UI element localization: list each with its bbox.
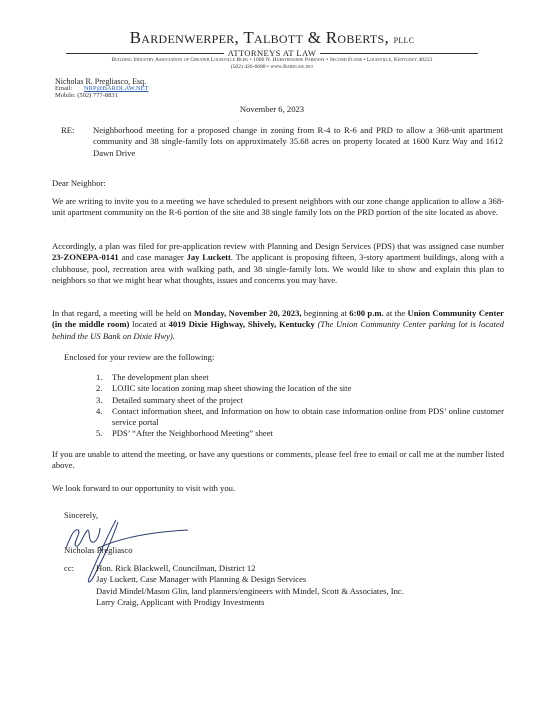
list-text: The development plan sheet — [112, 372, 504, 383]
list-item: 3.Detailed summary sheet of the project — [96, 395, 504, 406]
salutation: Dear Neighbor: — [52, 178, 106, 189]
list-text: Detailed summary sheet of the project — [112, 395, 504, 406]
list-number: 1. — [96, 372, 112, 383]
list-number: 2. — [96, 383, 112, 394]
paragraph-invitation: We are writing to invite you to a meetin… — [52, 196, 504, 219]
list-item: 2.LOJIC site location zoning map sheet s… — [96, 383, 504, 394]
letter-page: Bardenwerper, Talbott & Roberts, pllc At… — [0, 0, 544, 707]
cc-list: Hon. Rick Blackwell, Councilman, Distric… — [96, 563, 404, 608]
list-item: 1.The development plan sheet — [96, 372, 504, 383]
list-number: 3. — [96, 395, 112, 406]
cc-recipient: Jay Luckett, Case Manager with Planning … — [96, 574, 404, 585]
meeting-address: 4019 Dixie Highway, Shively, Kentucky — [169, 319, 315, 329]
text-run: and case manager — [119, 252, 187, 262]
mobile-label: Mobile: — [55, 92, 76, 99]
text-run: In that regard, a meeting will be held o… — [52, 308, 194, 318]
list-text: PDS’ “After the Neighborhood Meeting” sh… — [112, 428, 504, 439]
paragraph-contact: If you are unable to attend the meeting,… — [52, 449, 504, 472]
firm-name-text: Bardenwerper, Talbott & Roberts, — [130, 28, 389, 47]
cc-label: cc: — [64, 563, 74, 574]
firm-contact: (502) 426-6688 • www.Bardlaw.net — [0, 64, 544, 71]
text-run: located at — [129, 319, 168, 329]
enclosures-intro: Enclosed for your review are the followi… — [64, 352, 214, 363]
text-run: Accordingly, a plan was filed for pre-ap… — [52, 241, 504, 251]
text-run: at the — [384, 308, 408, 318]
meeting-time: 6:00 p.m. — [349, 308, 383, 318]
re-subject: Neighborhood meeting for a proposed chan… — [93, 125, 503, 159]
divider — [66, 53, 224, 54]
sender-mobile: (502) 777-8831 — [77, 92, 118, 99]
list-item: 4.Contact information sheet, and Informa… — [96, 406, 504, 429]
list-number: 5. — [96, 428, 112, 439]
divider — [320, 53, 478, 54]
sender-mobile-row: Mobile: (502) 777-8831 — [55, 92, 149, 99]
email-label: Email: — [55, 85, 72, 92]
firm-address: Building Industry Association of Greater… — [0, 57, 544, 64]
sender-email-row: Email: NRP@BARDLAW.NET — [55, 85, 149, 92]
paragraph-closing: We look forward to our opportunity to vi… — [52, 483, 235, 494]
meeting-date: Monday, November 20, 2023, — [194, 308, 302, 318]
sender-name: Nicholas R. Pregliasco, Esq. — [55, 78, 149, 85]
text-run: beginning at — [302, 308, 350, 318]
paragraph-case-details: Accordingly, a plan was filed for pre-ap… — [52, 241, 504, 286]
firm-suffix: pllc — [394, 34, 415, 46]
re-label: RE: — [61, 125, 74, 136]
sender-email-link[interactable]: NRP@BARDLAW.NET — [84, 85, 149, 92]
firm-address-block: Building Industry Association of Greater… — [0, 57, 544, 71]
case-manager: Jay Luckett — [187, 252, 231, 262]
paragraph-meeting-details: In that regard, a meeting will be held o… — [52, 308, 504, 342]
list-item: 5.PDS’ “After the Neighborhood Meeting” … — [96, 428, 504, 439]
enclosures-list: 1.The development plan sheet 2.LOJIC sit… — [96, 372, 504, 440]
sender-block: Nicholas R. Pregliasco, Esq. Email: NRP@… — [55, 78, 149, 99]
cc-recipient: Larry Craig, Applicant with Prodigy Inve… — [96, 597, 404, 608]
letter-date: November 6, 2023 — [0, 104, 544, 115]
list-text: Contact information sheet, and Informati… — [112, 406, 504, 429]
cc-recipient: David Mindel/Mason Glin, land planners/e… — [96, 586, 404, 597]
signer-name: Nicholas Pregliasco — [64, 545, 133, 556]
list-text: LOJIC site location zoning map sheet sho… — [112, 383, 504, 394]
cc-recipient: Hon. Rick Blackwell, Councilman, Distric… — [96, 563, 404, 574]
firm-name: Bardenwerper, Talbott & Roberts, pllc — [0, 28, 544, 48]
list-number: 4. — [96, 406, 112, 429]
case-number: 23-ZONEPA-0141 — [52, 252, 119, 262]
